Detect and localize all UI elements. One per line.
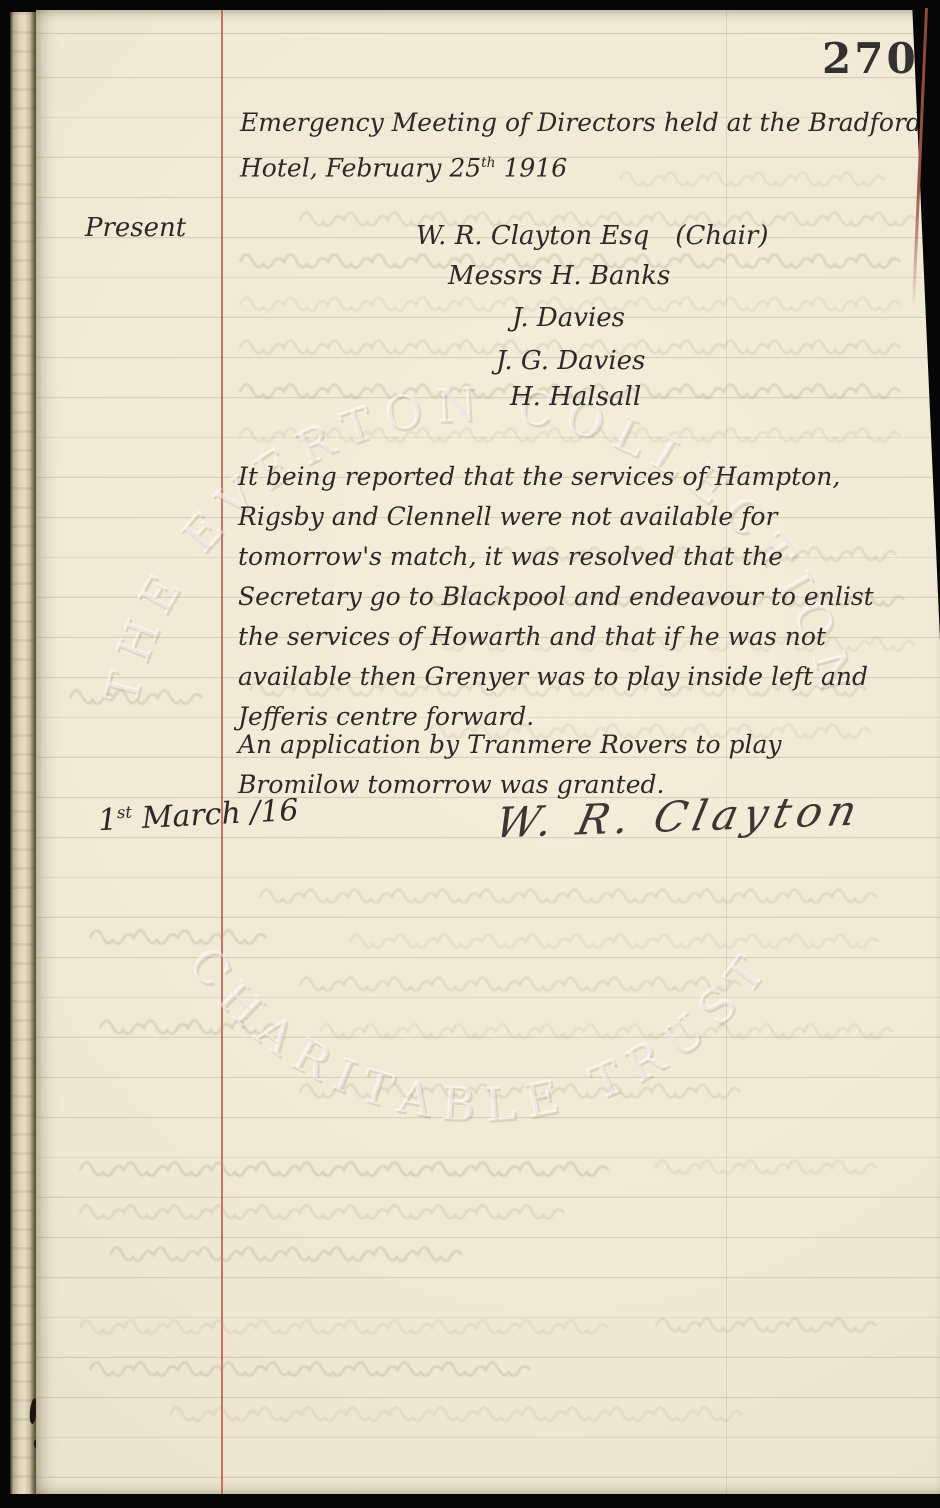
attendee: Messrs H. Banks xyxy=(448,261,670,291)
date-ordinal-suffix: st xyxy=(116,802,132,822)
book-fore-edges xyxy=(10,12,36,1494)
margin-rule-line xyxy=(221,10,223,1494)
present-label: Present xyxy=(85,213,186,243)
heading-line2: Hotel, February 25th 1916 xyxy=(240,143,922,188)
page-number: 270 xyxy=(822,34,919,83)
minute-paragraph-1: It being reported that the services of H… xyxy=(238,457,914,737)
attendee-chairman: W. R. Clayton Esq(Chair) xyxy=(416,221,768,251)
attendee: J. G. Davies xyxy=(496,346,645,376)
photographed-minute-book: { "page": { "number": "270" }, "heading"… xyxy=(0,0,940,1508)
minute-book-page: THE EVERTON COLLECTION THE EVERTON COLLE… xyxy=(36,10,940,1494)
date-ordinal-suffix: th xyxy=(481,155,495,171)
attendee: J. Davies xyxy=(512,303,625,333)
meeting-heading: Emergency Meeting of Directors held at t… xyxy=(240,102,922,188)
chair-note: (Chair) xyxy=(675,221,768,251)
heading-line1: Emergency Meeting of Directors held at t… xyxy=(240,102,922,143)
attendee: H. Halsall xyxy=(510,382,641,412)
